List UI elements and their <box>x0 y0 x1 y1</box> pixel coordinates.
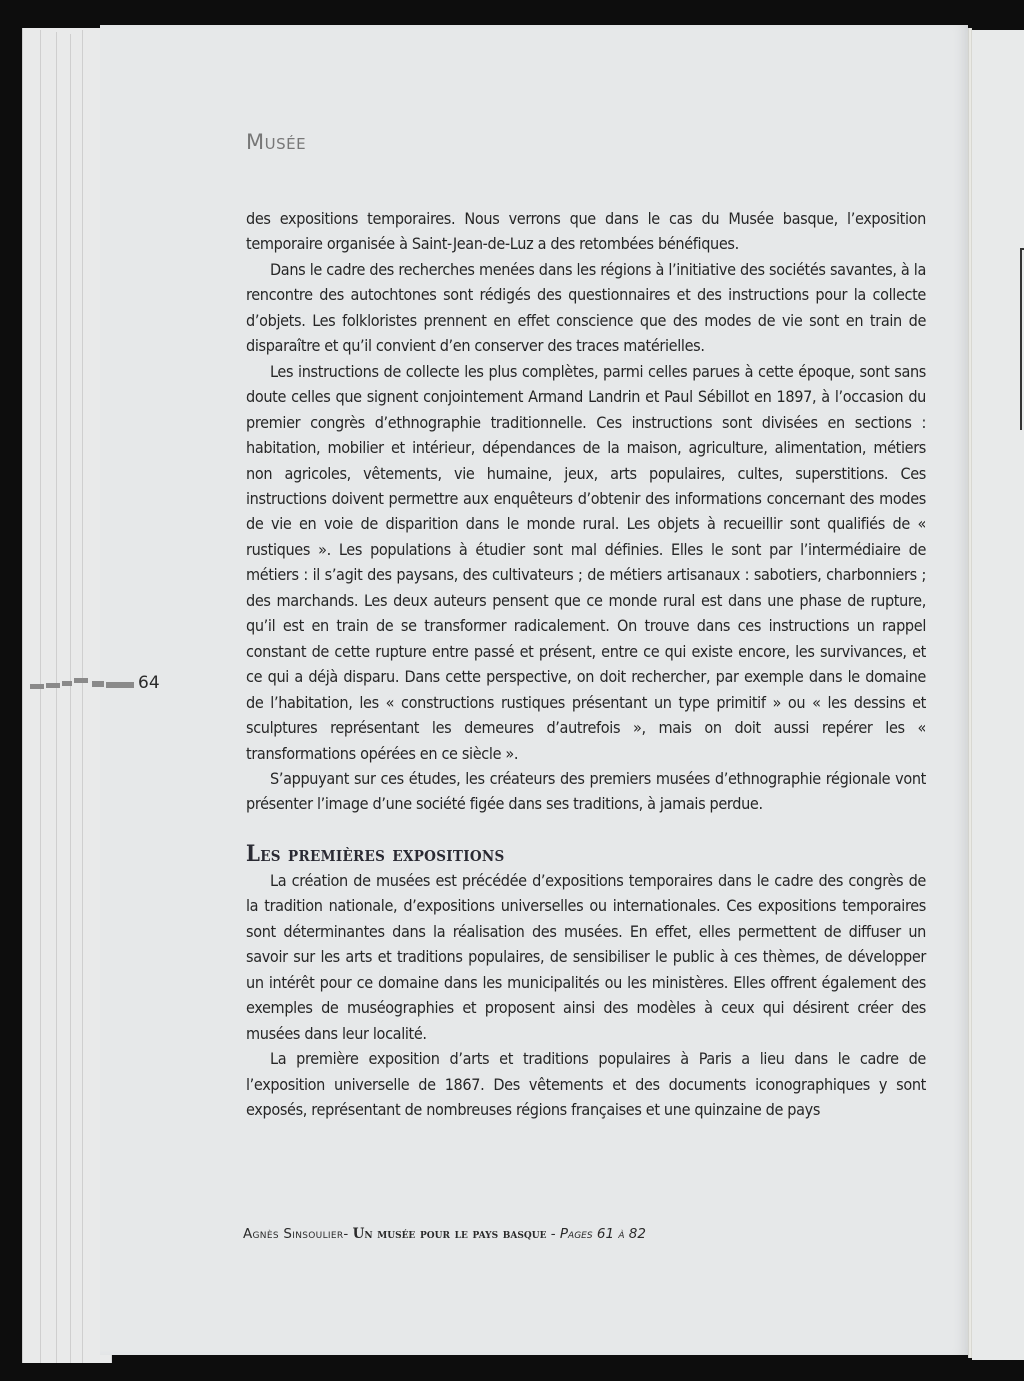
paragraph: Dans le cadre des recherches menées dans… <box>246 257 926 359</box>
running-head: Musée <box>246 130 306 154</box>
section-heading: Les premières expositions <box>246 840 926 868</box>
footer-separator: - <box>343 1226 352 1242</box>
article-body: des expositions temporaires. Nous verron… <box>246 206 926 1122</box>
page-stack-edges <box>22 28 112 1363</box>
paragraph: La première exposition d’arts et traditi… <box>246 1046 926 1122</box>
facing-page-frame <box>1020 248 1024 430</box>
footer-pages: Pages 61 à 82 <box>560 1226 646 1242</box>
page-tab-marker <box>30 680 134 690</box>
paragraph: S’appuyant sur ces études, les créateurs… <box>246 766 926 817</box>
paragraph: Les instructions de collecte les plus co… <box>246 359 926 766</box>
footer-title: Un musée pour le pays basque <box>353 1226 547 1242</box>
paragraph: La création de musées est précédée d’exp… <box>246 868 926 1046</box>
page-number: 64 <box>138 673 160 693</box>
footer-author: Agnès Sinsoulier <box>243 1226 343 1242</box>
facing-page-edge <box>972 30 1024 1360</box>
page-footer: Agnès Sinsoulier- Un musée pour le pays … <box>243 1226 646 1242</box>
paragraph: des expositions temporaires. Nous verron… <box>246 206 926 257</box>
footer-separator: - <box>546 1226 559 1242</box>
